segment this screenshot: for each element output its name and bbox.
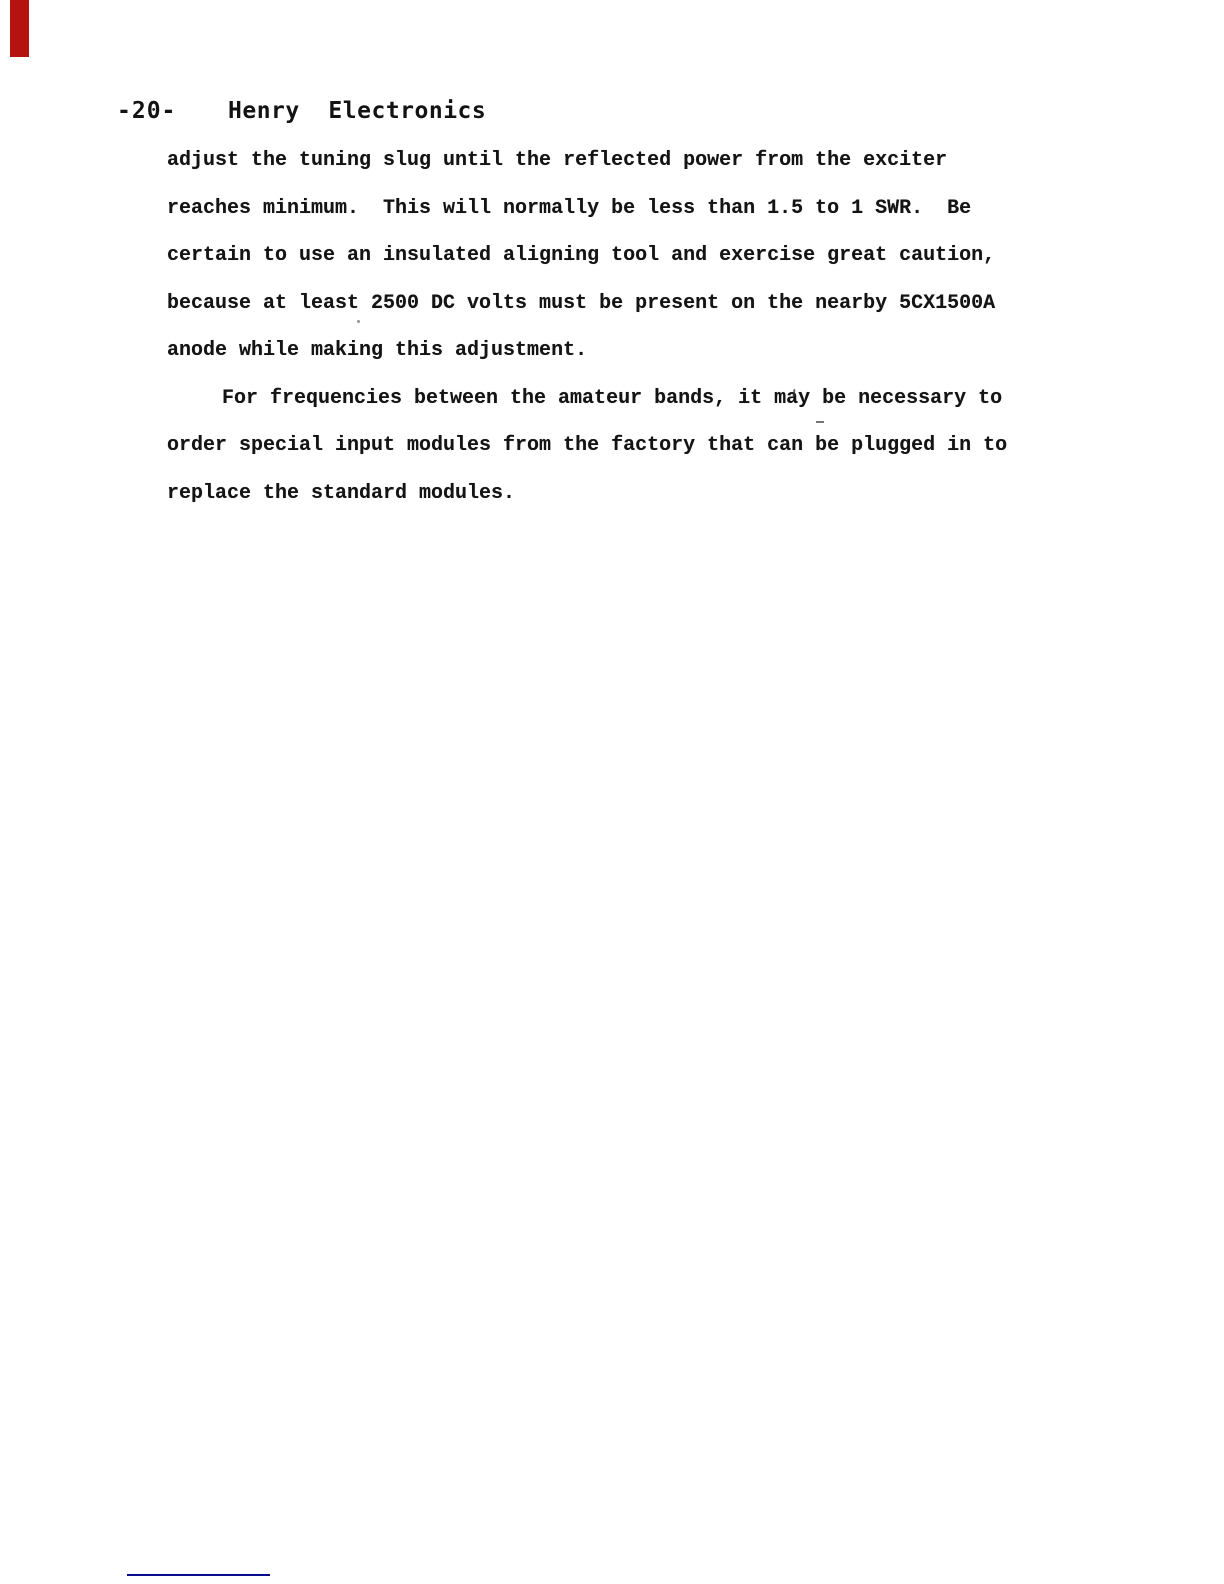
text-line: reaches minimum. This will normally be l… [167,185,1027,233]
text-line: because at least 2500 DC volts must be p… [167,280,1027,328]
text-line: certain to use an insulated aligning too… [167,232,1027,280]
document-body: adjust the tuning slug until the reflect… [167,137,1027,517]
page-number: -20- [117,98,176,124]
scan-artifact-mark [816,421,824,423]
text-line: adjust the tuning slug until the reflect… [167,137,1027,185]
scan-artifact-mark [357,320,360,323]
text-line: replace the standard modules. [167,470,1027,518]
text-line: anode while making this adjustment. [167,327,1027,375]
text-line: For frequencies between the amateur band… [167,375,1027,423]
text-line: order special input modules from the fac… [167,422,1027,470]
blue-underline-mark [127,1574,270,1576]
red-scan-mark [10,0,29,57]
scanned-document-page: -20- Henry Electronics adjust the tuning… [0,0,1224,1584]
company-name: Henry Electronics [228,98,486,124]
